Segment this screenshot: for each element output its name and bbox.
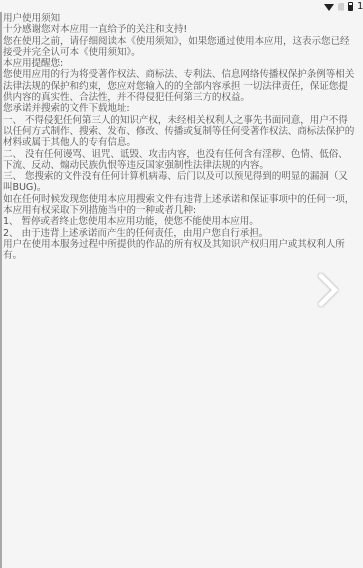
notice-title: 用户使用须知 [3, 13, 357, 24]
notice-paragraph: 一、 不得侵犯任何第三人的知识产权，未经相关权利人之事先书面同意，用户不得以任何… [3, 115, 357, 149]
battery-icon [348, 2, 353, 11]
notice-paragraph: 您在使用之前，请仔细阅读本《使用须知》，如果您通过使用本应用，这表示您已经接受并… [3, 36, 357, 59]
app-screen: 1 用户使用须知 十分感谢您对本应用一直给予的关注和支持! 您在使用之前，请仔细… [0, 0, 363, 568]
notice-paragraph: 您使用应用的行为将受著作权法、商标法、专利法、信息网络传播权保护条例等相关法律法… [3, 69, 357, 103]
notice-paragraph: 用户在使用本服务过程中所提供的作品的所有权及其知识产权归用户或其权利人所有。 [3, 239, 357, 262]
notice-paragraph: 如在任何时候发现您使用本应用搜索文件有违背上述承诺和保证事项中的任何一项，本应用… [3, 194, 357, 217]
notice-paragraph: 十分感谢您对本应用一直给予的关注和支持! [3, 24, 357, 35]
notice-paragraph: 2、 由于违背上述承诺而产生的任何责任，由用户您自行承担。 [3, 228, 357, 239]
notice-paragraph: 1、 暂停或者终止您使用本应用功能，使您不能使用本应用。 [3, 216, 357, 227]
notice-paragraph: 您承诺并搜索的文件下载地址: [3, 103, 357, 114]
status-time: 1 [357, 1, 363, 12]
wifi-icon [324, 4, 334, 11]
next-page-button[interactable] [314, 270, 344, 310]
notice-paragraph: 本应用提醒您: [3, 58, 357, 69]
left-edge-divider [0, 12, 2, 568]
sim-icon [338, 3, 344, 11]
notice-content: 用户使用须知 十分感谢您对本应用一直给予的关注和支持! 您在使用之前，请仔细阅读… [3, 13, 357, 262]
status-bar: 1 [0, 0, 363, 13]
notice-paragraph: 三、 您搜索的文件没有任何计算机病毒、后门以及可以预见得到的明显的漏洞（又叫BU… [3, 171, 357, 194]
chevron-right-icon [314, 270, 344, 310]
notice-paragraph: 二、 没有任何谩骂、诅咒、诋毁、攻击内容，也没有任何含有淫秽、色情、低俗、下流、… [3, 149, 357, 172]
